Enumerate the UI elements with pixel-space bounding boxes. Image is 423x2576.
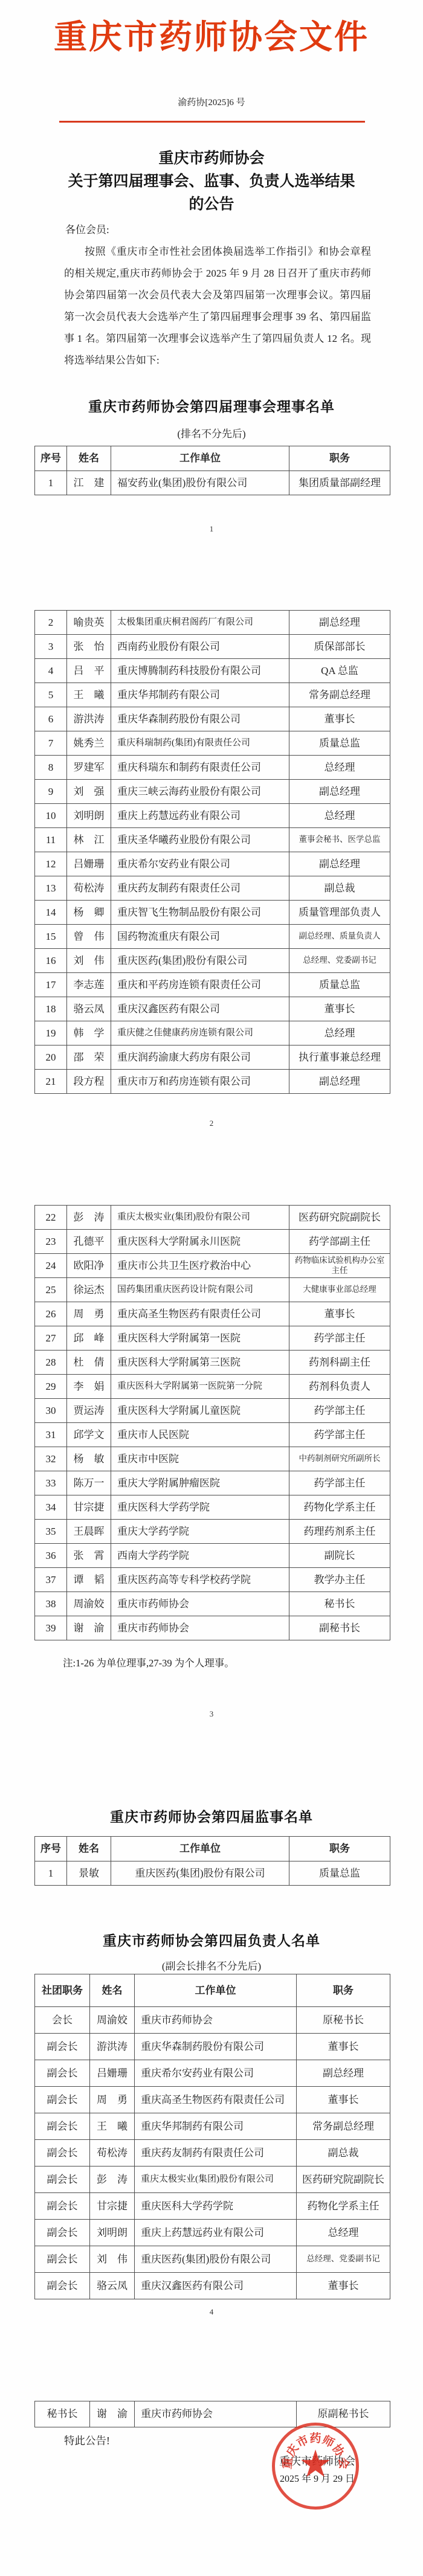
col-header-serial: 序号 (35, 446, 67, 471)
director-list-note: 注:1-26 为单位理事,27-39 为个人理事。 (63, 1655, 234, 1669)
table-cell: 7 (35, 731, 67, 756)
table-row: 16刘 伟重庆医药(集团)股份有限公司总经理、党委副书记 (35, 949, 390, 973)
table-cell: 3 (35, 635, 67, 659)
col-header-name: 姓名 (90, 1974, 135, 2007)
table-cell: 重庆科瑞东和制药有限责任公司 (111, 756, 289, 780)
table-cell: 药学部主任 (289, 1326, 390, 1351)
table-cell: 重庆医科大学附属第一医院第一分院 (111, 1375, 289, 1399)
table-cell: 副会长 (35, 2273, 90, 2299)
table-cell: 王 曦 (67, 683, 111, 707)
table-cell: 副会长 (35, 2220, 90, 2246)
table-cell: 药物化学系主任 (289, 1495, 390, 1520)
table-cell: 28 (35, 1351, 67, 1375)
table-cell: 刘 伟 (67, 949, 111, 973)
table-cell: 重庆圣华曦药业股份有限公司 (111, 828, 289, 852)
table-cell: 29 (35, 1375, 67, 1399)
table-cell: 总经理、党委副书记 (289, 949, 390, 973)
table-cell: 重庆润药渝康大药房有限公司 (111, 1045, 289, 1070)
table-row: 6游洪涛重庆华森制药股份有限公司董事长 (35, 707, 390, 731)
table-row: 23孔德平重庆医科大学附属永川医院药学部副主任 (35, 1230, 390, 1254)
table-row: 36张 霄西南大学药学院副院长 (35, 1544, 390, 1568)
table-cell: 国药集团重庆医药设计院有限公司 (111, 1278, 289, 1302)
table-cell: 32 (35, 1447, 67, 1471)
table-cell: 重庆上药慧远药业有限公司 (135, 2220, 297, 2246)
page-number-2: 2 (0, 1119, 423, 1128)
table-cell: 副总经理 (289, 1070, 390, 1094)
table-row: 10刘明朗重庆上药慧远药业有限公司总经理 (35, 804, 390, 828)
table-cell: 王 曦 (90, 2113, 135, 2140)
page-number-3: 3 (0, 1709, 423, 1719)
table-cell: 执行董事兼总经理 (289, 1045, 390, 1070)
page-number-1: 1 (0, 524, 423, 534)
table-cell: 常务副总经理 (289, 683, 390, 707)
table-row: 4吕 平重庆博腾制药科技股份有限公司QA 总监 (35, 659, 390, 683)
table-cell: 质量总监 (289, 1861, 390, 1886)
table-cell: 重庆三峡云海药业股份有限公司 (111, 780, 289, 804)
table-cell: 重庆智飞生物制品股份有限公司 (111, 901, 289, 925)
table-cell: 21 (35, 1070, 67, 1094)
table-cell: 喻贵英 (67, 611, 111, 635)
table-cell: 33 (35, 1471, 67, 1495)
table-cell: 药剂科副主任 (289, 1351, 390, 1375)
table-row: 9刘 强重庆三峡云海药业股份有限公司副总经理 (35, 780, 390, 804)
table-cell: 杨 卿 (67, 901, 111, 925)
leader-list-title: 重庆市药师协会第四届负责人名单 (0, 1930, 423, 1950)
table-cell: 11 (35, 828, 67, 852)
table-cell: 重庆医药高等专科学校药学院 (111, 1568, 289, 1592)
table-cell: 39 (35, 1616, 67, 1640)
table-cell: 刘 强 (67, 780, 111, 804)
table-cell: 林 江 (67, 828, 111, 852)
table-cell: 常务副总经理 (297, 2113, 390, 2140)
table-cell: 秘书长 (289, 1592, 390, 1616)
table-cell: 周渝姣 (90, 2007, 135, 2034)
col-header-position: 职务 (289, 446, 390, 471)
table-cell: 彭 涛 (67, 1206, 111, 1230)
closing-statement: 特此公告! (64, 2433, 110, 2448)
table-cell: 重庆医科大学附属第三医院 (111, 1351, 289, 1375)
table-cell: 重庆市中医院 (111, 1447, 289, 1471)
leader-list-subtitle: (副会长排名不分先后) (0, 1958, 423, 1973)
table-cell: 重庆上药慧远药业有限公司 (111, 804, 289, 828)
table-cell: 总经理、党委副书记 (297, 2246, 390, 2273)
col-header-position: 职务 (289, 1837, 390, 1861)
table-cell: 秘书长 (35, 2401, 90, 2427)
table-cell: 22 (35, 1206, 67, 1230)
table-cell: 38 (35, 1592, 67, 1616)
seal-arc-char: 药 (309, 2429, 321, 2443)
table-row: 2喻贵英太极集团重庆桐君阁药厂有限公司副总经理 (35, 611, 390, 635)
table-cell: 25 (35, 1278, 67, 1302)
table-cell: 重庆太极实业(集团)股份有限公司 (111, 1206, 289, 1230)
table-cell: 重庆大学附属肿瘤医院 (111, 1471, 289, 1495)
table-cell: 药学部主任 (289, 1471, 390, 1495)
table-row: 33陈万一重庆大学附属肿瘤医院药学部主任 (35, 1471, 390, 1495)
document-number: 渝药协[2025]6 号 (0, 95, 423, 108)
table-cell: 副总经理 (289, 780, 390, 804)
supervisor-list-title: 重庆市药师协会第四届监事名单 (0, 1806, 423, 1826)
table-cell: 谢 渝 (67, 1616, 111, 1640)
table-cell: 教学办主任 (289, 1568, 390, 1592)
table-cell: 总经理 (289, 1021, 390, 1045)
table-cell: 14 (35, 901, 67, 925)
table-cell: 重庆医科大学附属第一医院 (111, 1326, 289, 1351)
table-row: 24欧阳净重庆市公共卫生医疗救治中心药物临床试验机构办公室主任 (35, 1254, 390, 1278)
director-table-header-row: 序号 姓名 工作单位 职务 (35, 446, 390, 471)
table-cell: 副院长 (289, 1544, 390, 1568)
table-cell: 张 怡 (67, 635, 111, 659)
table-cell: 重庆健之佳健康药房连锁有限公司 (111, 1021, 289, 1045)
notice-body-paragraph: 按照《重庆市全市性社会团体换届选举工作指引》和协会章程的相关规定,重庆市药师协会… (64, 241, 371, 371)
table-row: 28杜 倩重庆医科大学附属第三医院药剂科副主任 (35, 1351, 390, 1375)
director-table-page1: 序号 姓名 工作单位 职务 1江 建福安药业(集团)股份有限公司集团质量部副经理 (34, 446, 390, 495)
table-row: 副会长游洪涛重庆华森制药股份有限公司董事长 (35, 2034, 390, 2060)
table-row: 13荀松涛重庆药友制药有限责任公司副总裁 (35, 876, 390, 901)
table-cell: 集团质量部副经理 (289, 471, 390, 495)
table-cell: 13 (35, 876, 67, 901)
table-row: 副会长周 勇重庆高圣生物医药有限责任公司董事长 (35, 2087, 390, 2113)
table-cell: 甘宗捷 (90, 2193, 135, 2220)
table-cell: 谢 渝 (90, 2401, 135, 2427)
table-cell: 副会长 (35, 2246, 90, 2273)
table-cell: 30 (35, 1399, 67, 1423)
table-cell: 药学部主任 (289, 1399, 390, 1423)
table-cell: 重庆市药师协会 (111, 1592, 289, 1616)
table-cell: 5 (35, 683, 67, 707)
table-cell: 福安药业(集团)股份有限公司 (111, 471, 289, 495)
table-row: 副会长甘宗捷重庆医科大学药学院药物化学系主任 (35, 2193, 390, 2220)
table-cell: 欧阳净 (67, 1254, 111, 1278)
table-cell: 姚秀兰 (67, 731, 111, 756)
table-cell: 吕 平 (67, 659, 111, 683)
scanned-document: 重庆市药师协会文件 渝药协[2025]6 号 重庆市药师协会 关于第四届理事会、… (0, 0, 423, 2576)
table-cell: 重庆市药师协会 (111, 1616, 289, 1640)
table-row: 秘书长谢 渝重庆市药师协会原副秘书长 (35, 2401, 390, 2427)
table-cell: 重庆汉鑫医药有限公司 (111, 997, 289, 1021)
table-cell: 副会长 (35, 2113, 90, 2140)
table-cell: 副会长 (35, 2193, 90, 2220)
supervisor-table: 序号 姓名 工作单位 职务 1景敏重庆医药(集团)股份有限公司质量总监 (34, 1836, 390, 1886)
table-cell: 重庆医科大学附属儿童医院 (111, 1399, 289, 1423)
table-cell: 16 (35, 949, 67, 973)
table-cell: 重庆医药(集团)股份有限公司 (111, 1861, 289, 1886)
table-cell: 重庆华森制药股份有限公司 (111, 707, 289, 731)
table-row: 17李志莲重庆和平药房连锁有限责任公司质量总监 (35, 973, 390, 997)
table-cell: QA 总监 (289, 659, 390, 683)
table-cell: 孔德平 (67, 1230, 111, 1254)
table-cell: 邵 荣 (67, 1045, 111, 1070)
notice-title-line1: 重庆市药师协会 (0, 147, 423, 170)
table-cell: 贾运涛 (67, 1399, 111, 1423)
table-cell: 重庆市药师协会 (135, 2401, 297, 2427)
table-cell: 质保部部长 (289, 635, 390, 659)
table-cell: 重庆华森制药股份有限公司 (135, 2034, 297, 2060)
table-cell: 10 (35, 804, 67, 828)
table-cell: 董事长 (289, 997, 390, 1021)
table-row: 22彭 涛重庆太极实业(集团)股份有限公司医药研究院副院长 (35, 1206, 390, 1230)
table-cell: 副会长 (35, 2034, 90, 2060)
table-row: 副会长刘 伟重庆医药(集团)股份有限公司总经理、党委副书记 (35, 2246, 390, 2273)
table-cell: 总经理 (289, 756, 390, 780)
table-cell: 35 (35, 1520, 67, 1544)
table-row: 副会长荀松涛重庆药友制药有限责任公司副总裁 (35, 2140, 390, 2166)
table-cell: 34 (35, 1495, 67, 1520)
table-row: 39谢 渝重庆市药师协会副秘书长 (35, 1616, 390, 1640)
table-cell: 会长 (35, 2007, 90, 2034)
table-row: 3张 怡西南药业股份有限公司质保部部长 (35, 635, 390, 659)
table-cell: 徐运杰 (67, 1278, 111, 1302)
col-header-workunit: 工作单位 (111, 446, 289, 471)
table-cell: 曾 伟 (67, 925, 111, 949)
table-row: 11林 江重庆圣华曦药业股份有限公司董事会秘书、医学总监 (35, 828, 390, 852)
table-row: 副会长王 曦重庆华邦制药有限公司常务副总经理 (35, 2113, 390, 2140)
table-row: 14杨 卿重庆智飞生物制品股份有限公司质量管理部负责人 (35, 901, 390, 925)
table-row: 26周 勇重庆高圣生物医药有限责任公司董事长 (35, 1302, 390, 1326)
table-cell: 19 (35, 1021, 67, 1045)
table-cell: 副总经理 (297, 2060, 390, 2087)
seal-arc-char: 重 (278, 2456, 292, 2470)
table-cell: 副秘书长 (289, 1616, 390, 1640)
table-row: 8罗建军重庆科瑞东和制药有限责任公司总经理 (35, 756, 390, 780)
table-cell: 刘 伟 (90, 2246, 135, 2273)
leader-table: 社团职务 姓名 工作单位 职务 会长周渝姣重庆市药师协会原秘书长副会长游洪涛重庆… (34, 1974, 390, 2299)
table-cell: 荀松涛 (90, 2140, 135, 2166)
table-cell: 杨 敏 (67, 1447, 111, 1471)
table-cell: 重庆大学药学院 (111, 1520, 289, 1544)
table-cell: 周渝姣 (67, 1592, 111, 1616)
col-header-society-position: 社团职务 (35, 1974, 90, 2007)
table-cell: 骆云凤 (90, 2273, 135, 2299)
table-cell: 董事长 (289, 707, 390, 731)
table-cell: 6 (35, 707, 67, 731)
table-cell: 李志莲 (67, 973, 111, 997)
table-row: 32杨 敏重庆市中医院中药制剂研究所副所长 (35, 1447, 390, 1471)
table-cell: 彭 涛 (90, 2166, 135, 2193)
table-cell: 18 (35, 997, 67, 1021)
table-cell: 总经理 (289, 804, 390, 828)
page-number-4: 4 (0, 2307, 423, 2317)
director-list-title: 重庆市药师协会第四届理事会理事名单 (0, 396, 423, 416)
table-cell: 董事长 (297, 2087, 390, 2113)
table-row: 副会长刘明朗重庆上药慧远药业有限公司总经理 (35, 2220, 390, 2246)
table-cell: 董事长 (297, 2273, 390, 2299)
table-cell: 重庆医药(集团)股份有限公司 (111, 949, 289, 973)
table-cell: 1 (35, 471, 67, 495)
seal-star-icon: ★ (299, 2446, 332, 2484)
table-cell: 江 建 (67, 471, 111, 495)
table-cell: 副总裁 (289, 876, 390, 901)
table-cell: 药理药剂系主任 (289, 1520, 390, 1544)
table-cell: 26 (35, 1302, 67, 1326)
table-cell: 重庆和平药房连锁有限责任公司 (111, 973, 289, 997)
official-seal: ★ 重庆市药师协会 (272, 2423, 359, 2510)
director-list-subtitle: (排名不分先后) (0, 425, 423, 440)
table-row: 副会长彭 涛重庆太极实业(集团)股份有限公司医药研究院副院长 (35, 2166, 390, 2193)
table-cell: 荀松涛 (67, 876, 111, 901)
table-cell: 质量总监 (289, 731, 390, 756)
col-header-name: 姓名 (67, 446, 111, 471)
table-cell: 药剂科负责人 (289, 1375, 390, 1399)
table-row: 1江 建福安药业(集团)股份有限公司集团质量部副经理 (35, 471, 390, 495)
table-row: 会长周渝姣重庆市药师协会原秘书长 (35, 2007, 390, 2034)
table-cell: 36 (35, 1544, 67, 1568)
table-cell: 重庆药友制药有限责任公司 (111, 876, 289, 901)
table-cell: 12 (35, 852, 67, 876)
table-cell: 9 (35, 780, 67, 804)
table-cell: 1 (35, 1861, 67, 1886)
salutation: 各位会员: (65, 221, 109, 236)
table-cell: 周 勇 (90, 2087, 135, 2113)
table-cell: 药物化学系主任 (297, 2193, 390, 2220)
table-cell: 太极集团重庆桐君阁药厂有限公司 (111, 611, 289, 635)
table-cell: 副会长 (35, 2060, 90, 2087)
table-cell: 邱学文 (67, 1423, 111, 1447)
table-cell: 重庆医科大学附属永川医院 (111, 1230, 289, 1254)
table-row: 20邵 荣重庆润药渝康大药房有限公司执行董事兼总经理 (35, 1045, 390, 1070)
director-table-page3: 22彭 涛重庆太极实业(集团)股份有限公司医药研究院副院长23孔德平重庆医科大学… (34, 1205, 390, 1640)
notice-title-line2: 关于第四届理事会、监事、负责人选举结果 (0, 170, 423, 193)
table-cell: 重庆市人民医院 (111, 1423, 289, 1447)
table-cell: 医药研究院副院长 (297, 2166, 390, 2193)
table-cell: 20 (35, 1045, 67, 1070)
table-cell: 27 (35, 1326, 67, 1351)
table-cell: 副总经理 (289, 611, 390, 635)
col-header-position: 职务 (297, 1974, 390, 2007)
table-cell: 中药制剂研究所副所长 (289, 1447, 390, 1471)
table-cell: 甘宗捷 (67, 1495, 111, 1520)
table-cell: 副会长 (35, 2166, 90, 2193)
leader-table-header-row: 社团职务 姓名 工作单位 职务 (35, 1974, 390, 2007)
table-cell: 西南药业股份有限公司 (111, 635, 289, 659)
table-cell: 董事长 (297, 2034, 390, 2060)
table-row: 7姚秀兰重庆科瑞制药(集团)有限责任公司质量总监 (35, 731, 390, 756)
table-row: 35王晨晖重庆大学药学院药理药剂系主任 (35, 1520, 390, 1544)
table-cell: 副会长 (35, 2140, 90, 2166)
table-row: 副会长骆云凤重庆汉鑫医药有限公司董事长 (35, 2273, 390, 2299)
table-cell: 质量总监 (289, 973, 390, 997)
table-row: 副会长吕姗珊重庆希尔安药业有限公司副总经理 (35, 2060, 390, 2087)
table-cell: 国药物流重庆有限公司 (111, 925, 289, 949)
table-cell: 重庆市药师协会 (135, 2007, 297, 2034)
table-cell: 15 (35, 925, 67, 949)
table-cell: 重庆科瑞制药(集团)有限责任公司 (111, 731, 289, 756)
table-row: 34甘宗捷重庆医科大学药学院药物化学系主任 (35, 1495, 390, 1520)
table-cell: 张 霄 (67, 1544, 111, 1568)
seal-arc-char: 会 (338, 2456, 353, 2470)
table-cell: 杜 倩 (67, 1351, 111, 1375)
table-cell: 吕姗珊 (90, 2060, 135, 2087)
table-cell: 董事长 (289, 1302, 390, 1326)
table-cell: 重庆高圣生物医药有限责任公司 (135, 2087, 297, 2113)
col-header-workunit: 工作单位 (111, 1837, 289, 1861)
table-cell: 重庆希尔安药业有限公司 (135, 2060, 297, 2087)
table-cell: 37 (35, 1568, 67, 1592)
table-cell: 副总裁 (297, 2140, 390, 2166)
leader-table-continuation: 秘书长谢 渝重庆市药师协会原副秘书长 (34, 2401, 390, 2427)
header-divider-rule (59, 121, 365, 123)
table-cell: 重庆华邦制药有限公司 (135, 2113, 297, 2140)
table-cell: 刘明朗 (90, 2220, 135, 2246)
table-cell: 西南大学药学院 (111, 1544, 289, 1568)
table-cell: 游洪涛 (67, 707, 111, 731)
table-cell: 重庆市公共卫生医疗救治中心 (111, 1254, 289, 1278)
table-row: 18骆云凤重庆汉鑫医药有限公司董事长 (35, 997, 390, 1021)
table-cell: 副总经理 (289, 852, 390, 876)
table-row: 38周渝姣重庆市药师协会秘书长 (35, 1592, 390, 1616)
table-cell: 药学部副主任 (289, 1230, 390, 1254)
table-cell: 重庆太极实业(集团)股份有限公司 (135, 2166, 297, 2193)
table-row: 21段方程重庆市万和药房连锁有限公司副总经理 (35, 1070, 390, 1094)
table-cell: 31 (35, 1423, 67, 1447)
table-row: 19韩 学重庆健之佳健康药房连锁有限公司总经理 (35, 1021, 390, 1045)
table-row: 1景敏重庆医药(集团)股份有限公司质量总监 (35, 1861, 390, 1886)
table-cell: 重庆华邦制药有限公司 (111, 683, 289, 707)
table-row: 37谭 韬重庆医药高等专科学校药学院教学办主任 (35, 1568, 390, 1592)
col-header-name: 姓名 (67, 1837, 111, 1861)
table-cell: 韩 学 (67, 1021, 111, 1045)
table-cell: 景敏 (67, 1861, 111, 1886)
table-cell: 副会长 (35, 2087, 90, 2113)
table-cell: 段方程 (67, 1070, 111, 1094)
table-cell: 董事会秘书、医学总监 (289, 828, 390, 852)
table-cell: 周 勇 (67, 1302, 111, 1326)
table-cell: 重庆医科大学药学院 (111, 1495, 289, 1520)
table-cell: 药学部主任 (289, 1423, 390, 1447)
table-row: 31邱学文重庆市人民医院药学部主任 (35, 1423, 390, 1447)
table-cell: 大健康事业部总经理 (289, 1278, 390, 1302)
table-cell: 2 (35, 611, 67, 635)
table-cell: 药物临床试验机构办公室主任 (289, 1254, 390, 1278)
table-cell: 邱 峰 (67, 1326, 111, 1351)
table-row: 27邱 峰重庆医科大学附属第一医院药学部主任 (35, 1326, 390, 1351)
table-row: 25徐运杰国药集团重庆医药设计院有限公司大健康事业部总经理 (35, 1278, 390, 1302)
table-cell: 质量管理部负责人 (289, 901, 390, 925)
col-header-workunit: 工作单位 (135, 1974, 297, 2007)
table-cell: 罗建军 (67, 756, 111, 780)
table-row: 29李 娟重庆医科大学附属第一医院第一分院药剂科负责人 (35, 1375, 390, 1399)
table-row: 12吕姗珊重庆希尔安药业有限公司副总经理 (35, 852, 390, 876)
table-cell: 重庆博腾制药科技股份有限公司 (111, 659, 289, 683)
table-cell: 医药研究院副院长 (289, 1206, 390, 1230)
table-cell: 8 (35, 756, 67, 780)
table-row: 15曾 伟国药物流重庆有限公司副总经理、质量负责人 (35, 925, 390, 949)
table-cell: 刘明朗 (67, 804, 111, 828)
table-cell: 骆云凤 (67, 997, 111, 1021)
table-cell: 23 (35, 1230, 67, 1254)
table-cell: 重庆市万和药房连锁有限公司 (111, 1070, 289, 1094)
notice-title-line3: 的公告 (0, 193, 423, 216)
table-cell: 游洪涛 (90, 2034, 135, 2060)
table-cell: 王晨晖 (67, 1520, 111, 1544)
table-cell: 重庆医科大学药学院 (135, 2193, 297, 2220)
table-cell: 4 (35, 659, 67, 683)
supervisor-table-header-row: 序号 姓名 工作单位 职务 (35, 1837, 390, 1861)
table-cell: 吕姗珊 (67, 852, 111, 876)
notice-title: 重庆市药师协会 关于第四届理事会、监事、负责人选举结果 的公告 (0, 147, 423, 216)
table-cell: 24 (35, 1254, 67, 1278)
table-cell: 重庆高圣生物医药有限责任公司 (111, 1302, 289, 1326)
table-cell: 谭 韬 (67, 1568, 111, 1592)
table-cell: 17 (35, 973, 67, 997)
table-row: 30贾运涛重庆医科大学附属儿童医院药学部主任 (35, 1399, 390, 1423)
table-cell: 陈万一 (67, 1471, 111, 1495)
col-header-serial: 序号 (35, 1837, 67, 1861)
document-header-title: 重庆市药师协会文件 (0, 12, 423, 62)
table-cell: 重庆医药(集团)股份有限公司 (135, 2246, 297, 2273)
table-cell: 重庆汉鑫医药有限公司 (135, 2273, 297, 2299)
table-cell: 重庆药友制药有限责任公司 (135, 2140, 297, 2166)
director-table-page2: 2喻贵英太极集团重庆桐君阁药厂有限公司副总经理3张 怡西南药业股份有限公司质保部… (34, 610, 390, 1094)
